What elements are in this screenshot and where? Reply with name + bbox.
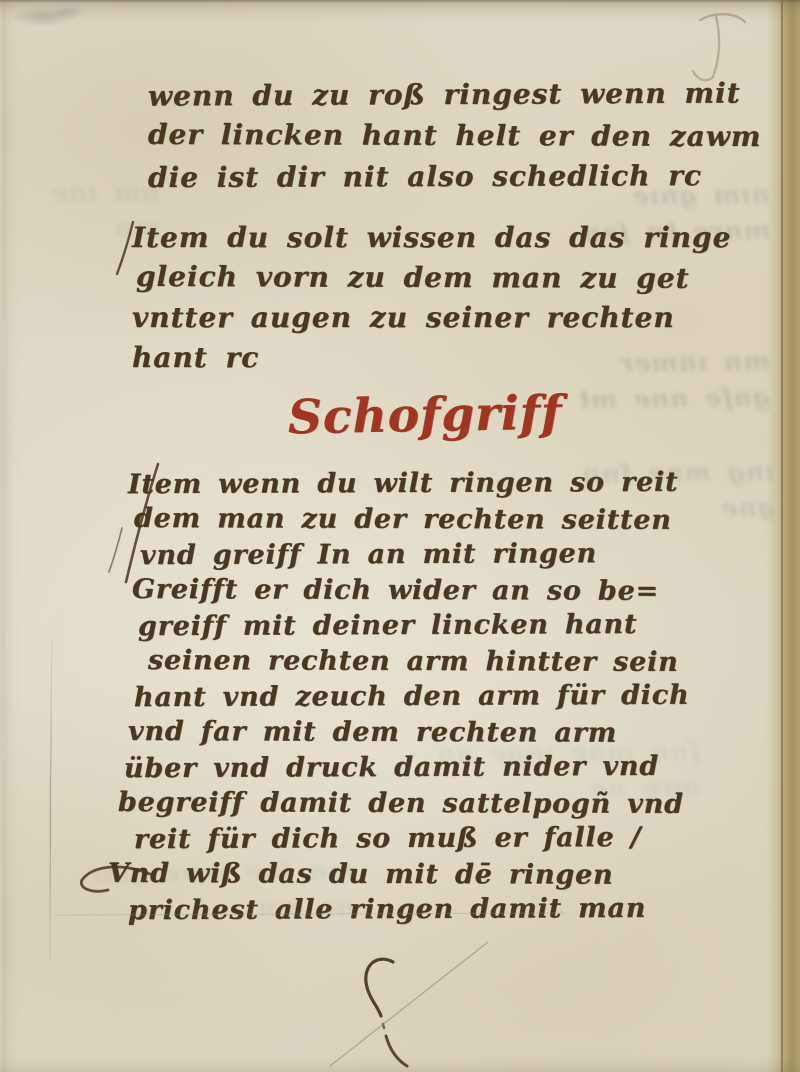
text-line: seinen rechten arm hintter sein <box>148 643 690 680</box>
text-line: prichest alle ringen damit man <box>128 891 690 929</box>
text-line: reit für dich so muß er falle / <box>134 820 690 858</box>
left-crease-line <box>50 640 52 960</box>
text-line: greiff mit deiner lincken hant <box>138 607 690 645</box>
margin-hairline-stroke <box>109 528 122 572</box>
text-line: begreiff damit den sattelpogñ vnd <box>118 785 690 822</box>
bottom-flourish-mark <box>366 959 407 1066</box>
paragraph-item-wissen: Item du solt wissen das das ringe gleich… <box>132 218 731 378</box>
text-line: über vnd druck damit nider vnd <box>124 749 690 787</box>
text-line: Item wenn du wilt ringen so reit <box>128 465 690 503</box>
text-line: hant rc <box>132 338 731 378</box>
manuscript-page: nım gnıe mnre tn ſen mn ınmer gnſe nne m… <box>0 0 800 1072</box>
page-right-edge <box>766 0 800 1072</box>
top-right-pen-mark-icon <box>693 14 745 80</box>
text-line: vntter augen zu seiner rechten <box>132 298 731 338</box>
page-top-edge <box>0 0 800 3</box>
text-line: der lincken hant helt er den zawm <box>148 114 762 157</box>
page-left-edge <box>0 0 4 1072</box>
text-line: hant vnd zeuch den arm für dich <box>134 678 690 716</box>
text-line: wenn du zu roß ringest wenn mit <box>148 72 762 116</box>
text-line: vnd greiff In an mit ringen <box>140 536 690 574</box>
text-line: die ist dir nit also schedlich rc <box>148 155 762 198</box>
paragraph-schossgriff-technique: Item wenn du wilt ringen so reit dem man… <box>128 466 690 928</box>
pencil-smudge <box>4 0 90 30</box>
paragraph-rossringen-note: wenn du zu roß ringest wenn mit der linc… <box>148 74 762 197</box>
text-line: dem man zu der rechten seitten <box>134 501 690 538</box>
text-line: vnd far mit dem rechten arm <box>128 714 690 751</box>
page-edge-line <box>781 0 783 1072</box>
text-line: Greifft er dich wider an so be= <box>132 572 690 609</box>
text-line: gleich vorn zu dem man zu get <box>136 257 732 299</box>
rubric-heading: Schofgriff <box>288 386 563 446</box>
text-line: Vnd wiß das du mit dē ringen <box>108 855 690 893</box>
diagonal-scratch-line <box>330 942 488 1066</box>
text-line: Item du solt wissen das das ringe <box>132 218 731 258</box>
